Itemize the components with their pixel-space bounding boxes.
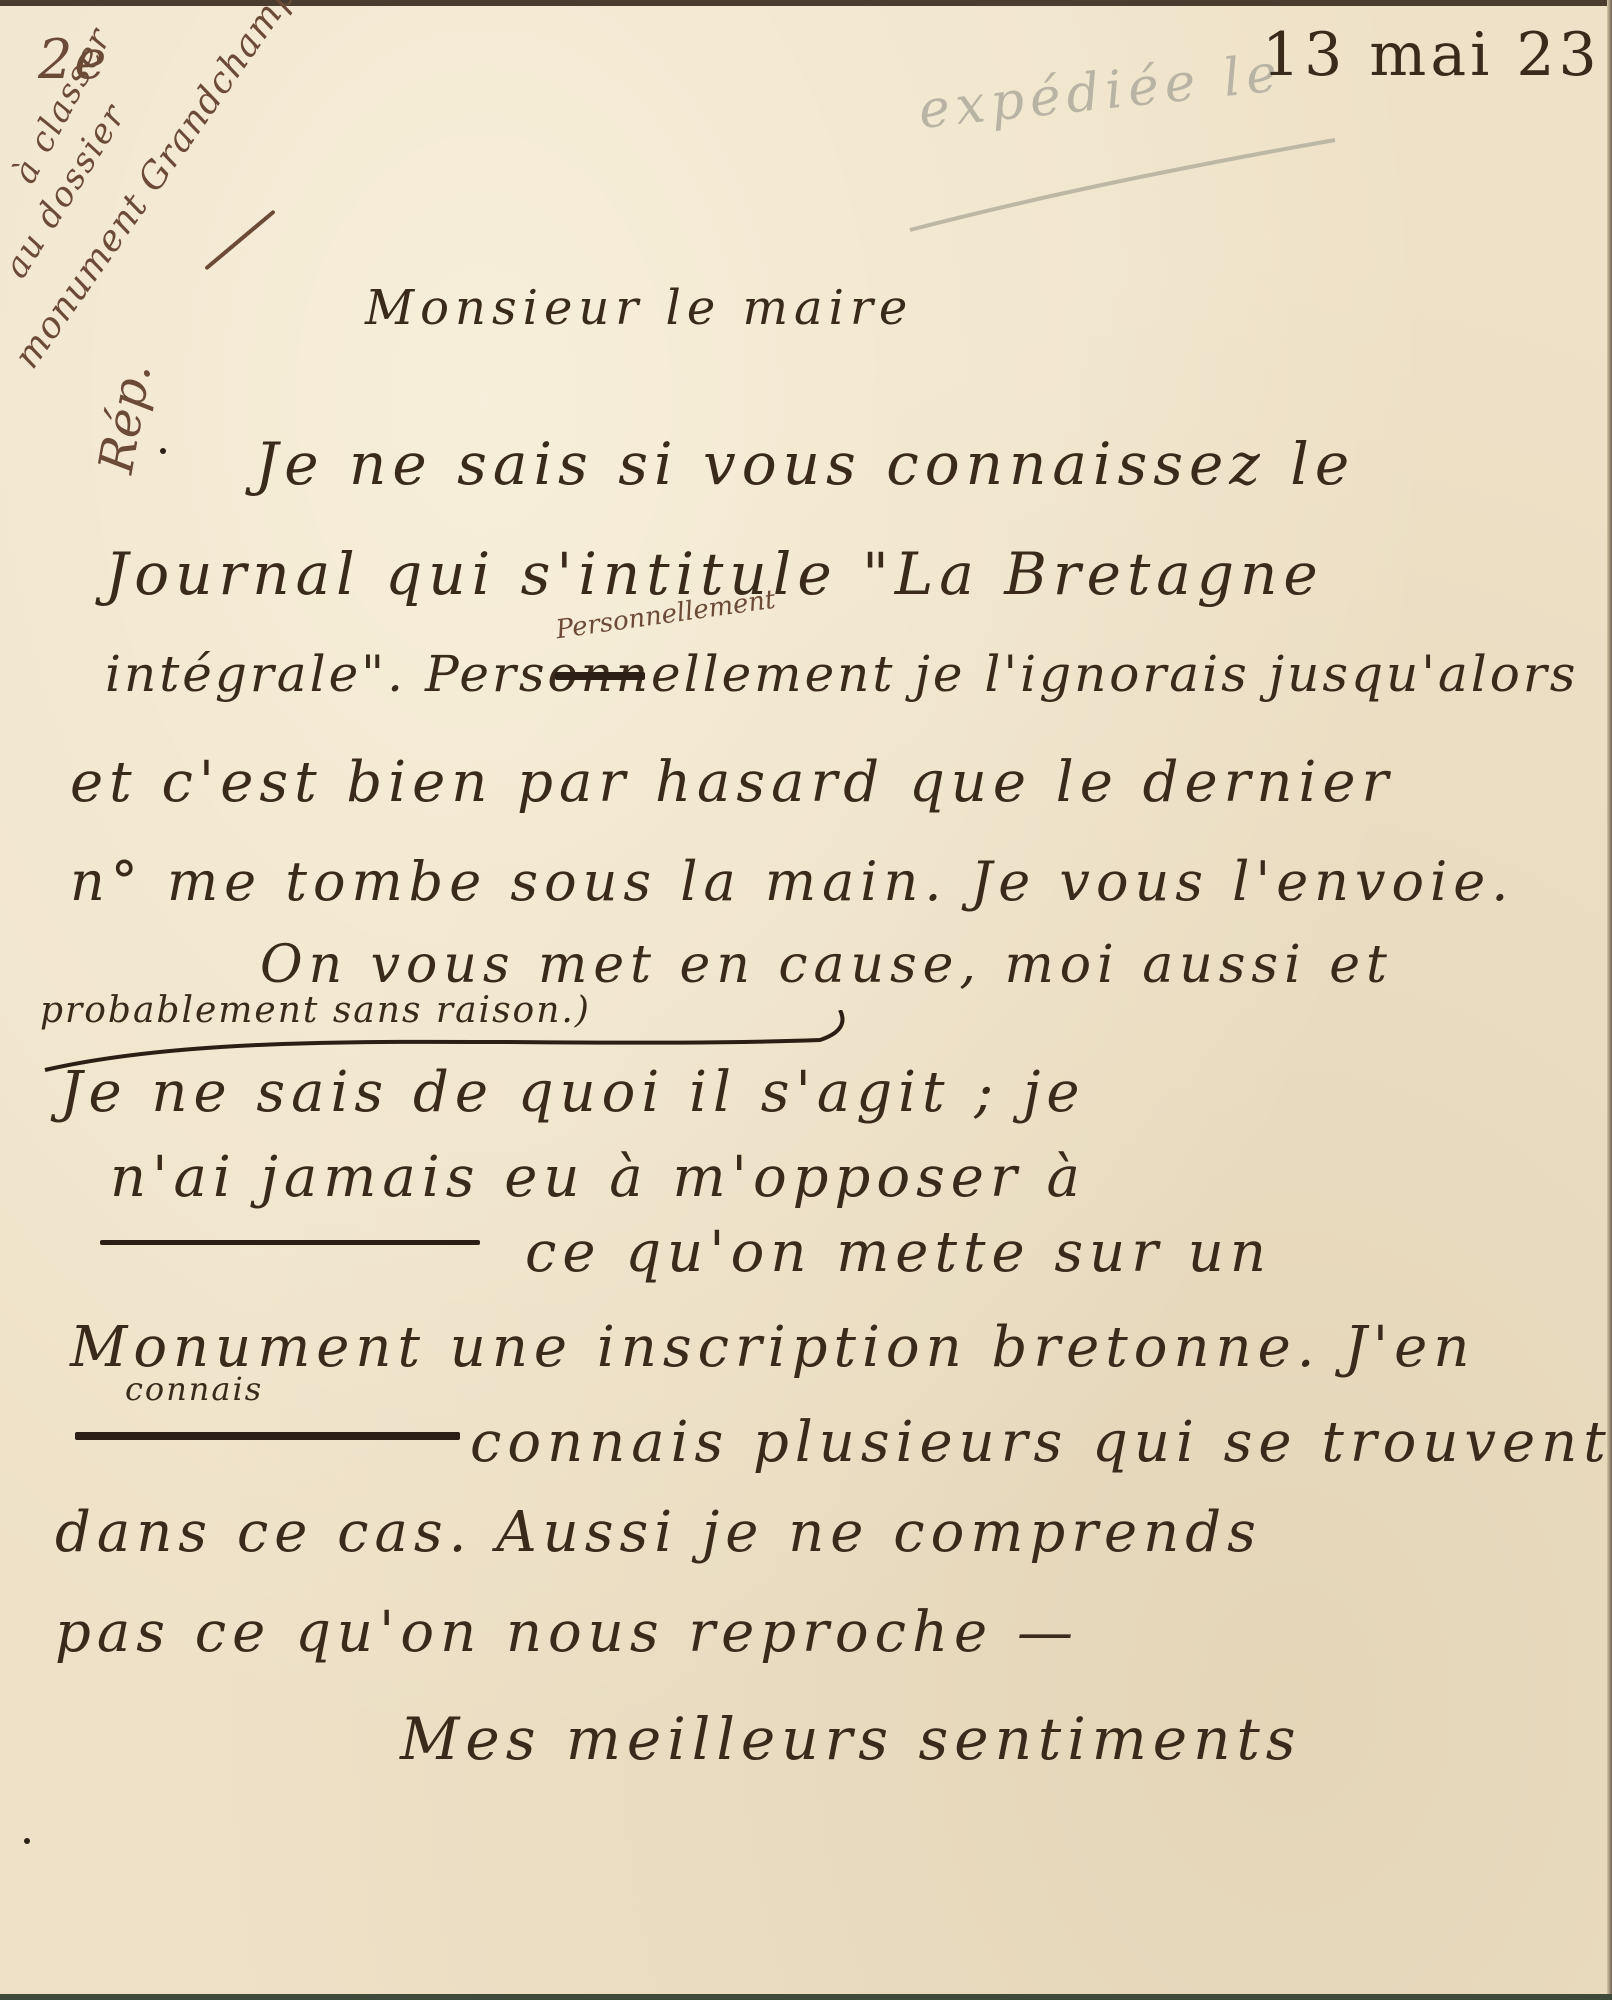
letter-paper: 2e à classer au dossier monument Grandch…	[0, 0, 1612, 2000]
paper-right-edge	[1607, 0, 1612, 2000]
salutation: Monsieur le maire	[365, 280, 913, 336]
letter-date: 13 mai 23	[1262, 20, 1601, 90]
paper-bottom-edge	[0, 1994, 1612, 2000]
pencil-sent-note: expédiée le	[916, 43, 1286, 141]
strikethrough-moi	[555, 672, 645, 680]
body-line: Je ne sais si vous connaissez le	[255, 430, 1355, 498]
strikethrough-a-remarque	[75, 1432, 460, 1440]
insertion-connais: connais	[125, 1370, 263, 1408]
body-line: pas ce qu'on nous reproche —	[55, 1600, 1079, 1665]
body-line: connais plusieurs qui se trouvent	[470, 1410, 1612, 1475]
body-line: n° me tombe sous la main. Je vous l'envo…	[70, 850, 1514, 913]
paper-top-edge	[0, 0, 1612, 6]
bullet-dot	[160, 448, 166, 454]
body-line: Monument une inscription bretonne. J'en	[70, 1315, 1475, 1380]
body-line: dans ce cas. Aussi je ne comprends	[55, 1500, 1262, 1565]
body-line: ce qu'on mette sur un	[525, 1220, 1272, 1285]
body-line: et c'est bien par hasard que le dernier	[70, 750, 1394, 815]
closing: Mes meilleurs sentiments	[400, 1705, 1302, 1773]
pencil-swoosh-line	[905, 130, 1345, 240]
strikethrough-inscription	[100, 1240, 480, 1245]
body-line: n'ai jamais eu à m'opposer à	[110, 1145, 1086, 1210]
margin-mark: Rép.	[88, 359, 162, 478]
margin-annotation-underline	[204, 210, 276, 271]
body-line: intégrale". Personnellement je l'ignorai…	[105, 645, 1578, 703]
stray-ink-dot	[24, 1838, 30, 1844]
body-line: Je ne sais de quoi il s'agit ; je	[60, 1060, 1085, 1125]
body-line: On vous met en cause, moi aussi et	[260, 935, 1393, 995]
